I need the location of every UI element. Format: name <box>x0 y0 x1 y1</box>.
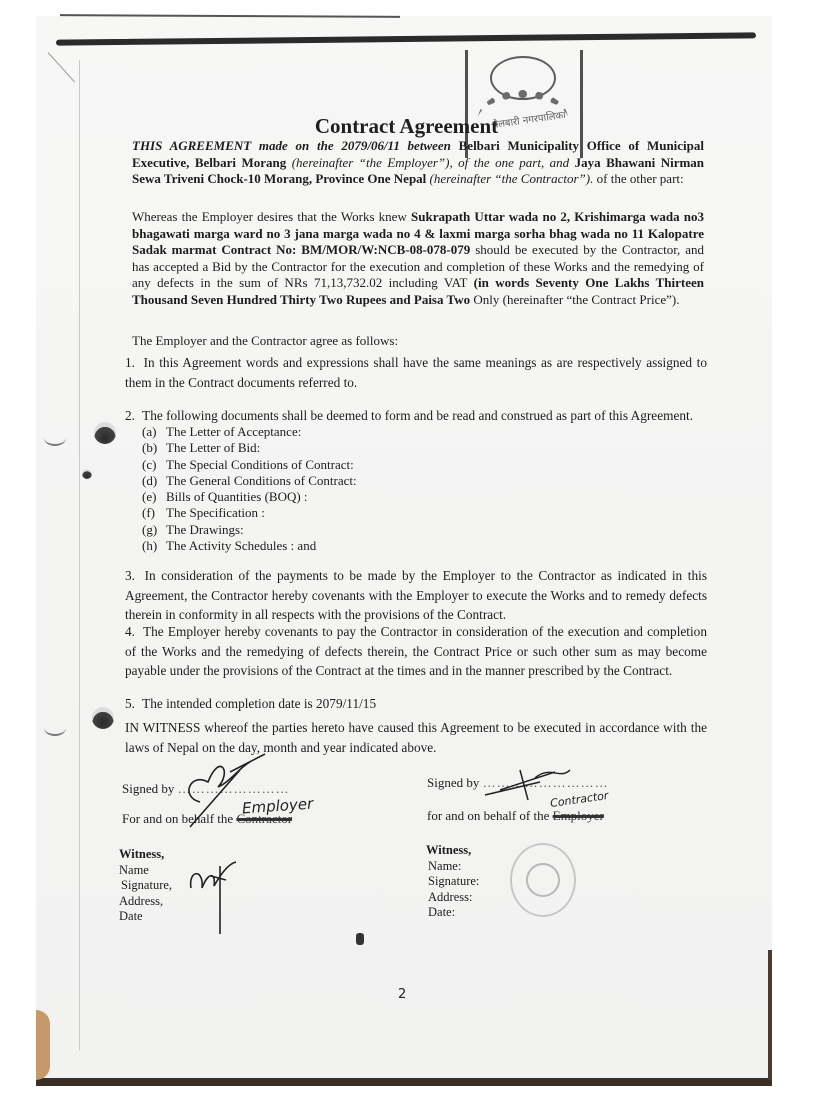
clause-3: 3. In consideration of the payments to b… <box>125 566 707 625</box>
list-label: (h) <box>142 538 166 554</box>
signed-by-label: Signed by <box>427 775 479 790</box>
one-part: of the one part, and <box>458 155 569 170</box>
witness-heading: Witness, <box>119 847 172 863</box>
document-title: Contract Agreement <box>0 114 813 139</box>
list-text: The Letter of Acceptance: <box>166 424 301 439</box>
list-item: (d)The General Conditions of Contract: <box>142 473 357 489</box>
contractor-behalf-line: for and on behalf of the Employer <box>427 808 604 824</box>
list-text: The Letter of Bid: <box>166 440 260 455</box>
witness-date: Date: <box>426 905 479 921</box>
witness-address: Address, <box>119 894 172 910</box>
punch-hole-shadow <box>44 720 66 736</box>
documents-list: (a)The Letter of Acceptance: (b)The Lett… <box>142 424 357 554</box>
clause-number: 5. <box>125 694 139 714</box>
clause-text: The Employer hereby covenants to pay the… <box>125 624 707 678</box>
witness-signature: Signature, <box>119 878 172 894</box>
clause-1: 1. In this Agreement words and expressio… <box>125 353 707 392</box>
list-item: (c)The Special Conditions of Contract: <box>142 457 357 473</box>
list-text: Bills of Quantities (BOQ) : <box>166 489 308 504</box>
page-number: 2 <box>398 987 406 1002</box>
struck-word: Employer <box>553 808 604 823</box>
punch-hole <box>92 707 114 729</box>
clause-4: 4. The Employer hereby covenants to pay … <box>125 622 707 681</box>
bottom-edge-shadow <box>36 1078 772 1086</box>
list-label: (f) <box>142 505 166 521</box>
witness-block-left: Witness, Name Signature, Address, Date <box>119 847 172 925</box>
clause-5: 5. The intended completion date is 2079/… <box>125 694 707 714</box>
clause-text: In consideration of the payments to be m… <box>125 568 707 622</box>
list-text: The Drawings: <box>166 522 244 537</box>
witness-name: Name <box>119 863 172 879</box>
list-text: The Activity Schedules : and <box>166 538 316 553</box>
list-label: (d) <box>142 473 166 489</box>
list-item: (h)The Activity Schedules : and <box>142 538 357 554</box>
witness-date: Date <box>119 909 172 925</box>
right-edge-shadow <box>768 950 772 1080</box>
punch-mark <box>82 469 92 479</box>
ink-smudge <box>356 933 364 945</box>
clause-number: 4. <box>125 622 139 642</box>
contractor-stamp <box>510 843 576 917</box>
list-text: The Special Conditions of Contract: <box>166 457 354 472</box>
margin-line <box>79 60 80 1050</box>
thumb-edge <box>36 1010 50 1080</box>
agree-intro: The Employer and the Contractor agree as… <box>132 333 704 350</box>
clause-text: The intended completion date is 2079/11/… <box>142 696 376 711</box>
witness-name: Name: <box>426 859 479 875</box>
witness-heading: Witness, <box>426 843 479 859</box>
list-item: (a)The Letter of Acceptance: <box>142 424 357 440</box>
list-label: (g) <box>142 522 166 538</box>
clause-2: 2. The following documents shall be deem… <box>125 406 707 426</box>
list-item: (b)The Letter of Bid: <box>142 440 357 456</box>
list-text: The General Conditions of Contract: <box>166 473 357 488</box>
clause-text: In this Agreement words and expressions … <box>125 355 707 390</box>
employer-hereinafter: (hereinafter “the Employer”), <box>292 155 453 170</box>
list-item: (g)The Drawings: <box>142 522 357 538</box>
list-item: (f)The Specification : <box>142 505 357 521</box>
employer-signature-scribble <box>170 742 290 832</box>
agreement-intro: THIS AGREEMENT made on the 2079/06/11 be… <box>132 138 704 188</box>
witness-block-right: Witness, Name: Signature: Address: Date: <box>426 843 479 921</box>
list-item: (e)Bills of Quantities (BOQ) : <box>142 489 357 505</box>
punch-hole-shadow <box>44 430 66 446</box>
whereas-clause: Whereas the Employer desires that the Wo… <box>132 209 704 308</box>
list-text: The Specification : <box>166 505 265 520</box>
list-label: (c) <box>142 457 166 473</box>
list-label: (a) <box>142 424 166 440</box>
clause-number: 2. <box>125 406 139 426</box>
witness-address: Address: <box>426 890 479 906</box>
other-part: of the other part: <box>597 171 684 186</box>
whereas-tail: Only (hereinafter “the Contract Price”). <box>473 292 679 307</box>
clause-text: The following documents shall be deemed … <box>142 408 693 423</box>
list-label: (e) <box>142 489 166 505</box>
contractor-hereinafter: (hereinafter “the Contractor”). <box>430 171 594 186</box>
clause-number: 1. <box>125 353 139 373</box>
signed-by-label: Signed by <box>122 781 174 796</box>
contractor-signature-scribble <box>480 760 580 810</box>
behalf-label: for and on behalf of the <box>427 808 549 823</box>
witness-signature: Signature: <box>426 874 479 890</box>
list-label: (b) <box>142 440 166 456</box>
stamp-emblem-icon <box>526 863 560 897</box>
witness-signature-scribble <box>186 858 246 938</box>
intro-lead: THIS AGREEMENT made on the 2079/06/11 be… <box>132 138 451 153</box>
clause-number: 3. <box>125 566 139 586</box>
whereas-lead: Whereas the Employer desires that the Wo… <box>132 209 407 224</box>
punch-hole <box>94 422 116 444</box>
